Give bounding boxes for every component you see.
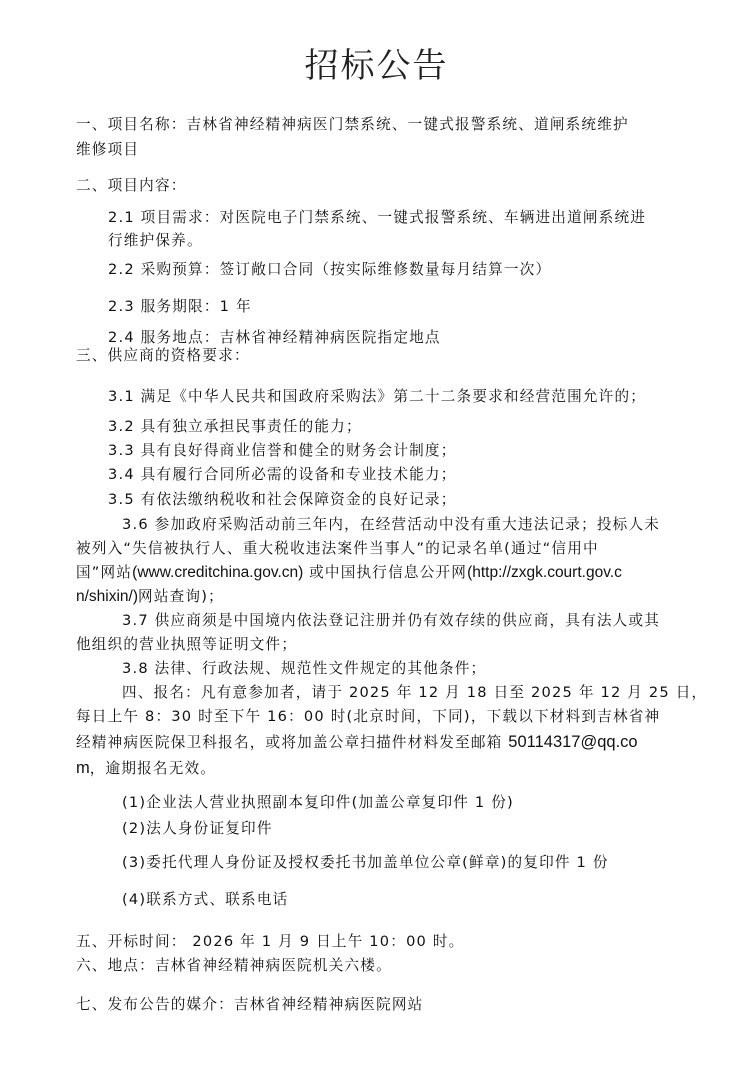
item-3-6-line-2: 被列入“失信被执行人、重大税收违法案件当事人”的记录名单(通过“信用中 — [76, 540, 599, 558]
material-item-3: (3)委托代理人身份证及授权委托书加盖单位公章(鲜章)的复印件 1 份 — [122, 854, 609, 872]
item-3-6-line-3: 国”网站(www.creditchina.gov.cn) 或中国执行信息公开网(… — [76, 564, 622, 582]
item-3-7-line-1: 3.7 供应商须是中国境内依法登记注册并仍有效存续的供应商，具有法人或其 — [122, 612, 660, 630]
item-3-6-text: 国”网站 — [76, 564, 132, 581]
email-address[interactable]: 50114317@qq.co — [508, 733, 637, 751]
item-3-2: 3.2 具有独立承担民事责任的能力； — [108, 418, 362, 436]
email-address-cont[interactable]: m — [76, 759, 90, 777]
page-title: 招标公告 — [0, 38, 753, 87]
zxgk-court-link-cont[interactable]: n/shixin/) — [76, 588, 138, 605]
item-3-6-text-3: 网站查询)； — [138, 588, 224, 605]
item-3-7-line-2: 他组织的营业执照等证明文件； — [76, 636, 297, 654]
registration-line-1: 四、报名：凡有意参加者，请于 2025 年 12 月 18 日至 2025 年 … — [122, 684, 707, 702]
item-3-4: 3.4 具有履行合同所必需的设备和专业技术能力； — [108, 466, 457, 484]
section-5-bid-opening-time: 五、开标时间： 2026 年 1 月 9 日上午 10：00 时。 — [76, 933, 464, 951]
material-item-4: (4)联系方式、联系电话 — [122, 891, 288, 909]
section-2-heading: 二、项目内容： — [76, 177, 187, 195]
item-3-6-line-4: n/shixin/)网站查询)； — [76, 588, 224, 606]
item-2-3: 2.3 服务期限：1 年 — [108, 298, 252, 316]
item-3-3: 3.3 具有良好得商业信誉和健全的财务会计制度； — [108, 442, 457, 460]
registration-text: 经精神病医院保卫科报名，或将加盖公章扫描件材料发至邮箱 — [76, 734, 508, 751]
item-3-1: 3.1 满足《中华人民共和国政府采购法》第二十二条要求和经营范围允许的； — [108, 388, 646, 406]
item-3-5: 3.5 有依法缴纳税收和社会保障资金的良好记录； — [108, 491, 457, 509]
registration-line-3: 经精神病医院保卫科报名，或将加盖公章扫描件材料发至邮箱 50114317@qq.… — [76, 733, 638, 752]
project-name-line-1: 一、项目名称：吉林省神经精神病医门禁系统、一键式报警系统、道闸系统维护 — [76, 116, 629, 134]
creditchina-link[interactable]: (www.creditchina.gov.cn) — [132, 564, 303, 581]
item-3-6-line-1: 3.6 参加政府采购活动前三年内，在经营活动中没有重大违法记录；投标人未 — [122, 516, 660, 534]
item-2-1-line-1: 2.1 项目需求：对医院电子门禁系统、一键式报警系统、车辆进出道闸系统进 — [108, 209, 646, 227]
item-2-1-line-2: 行维护保养。 — [108, 232, 203, 250]
item-2-2: 2.2 采购预算：签订敞口合同（按实际维修数量每月结算一次） — [108, 261, 551, 279]
registration-line-2: 每日上午 8：30 时至下午 16：00 时(北京时间，下同)，下载以下材料到吉… — [76, 708, 660, 726]
material-item-1: (1)企业法人营业执照副本复印件(加盖公章复印件 1 份) — [122, 794, 514, 812]
registration-line-4: m，逾期报名无效。 — [76, 759, 216, 778]
project-name-line-2: 维修项目 — [76, 141, 139, 159]
registration-text-end: ，逾期报名无效。 — [90, 760, 216, 777]
item-3-8: 3.8 法律、行政法规、规范性文件规定的其他条件； — [122, 660, 486, 678]
item-2-4: 2.4 服务地点：吉林省神经精神病医院指定地点 — [108, 329, 441, 347]
item-3-6-text-2: 或中国执行信息公开网 — [303, 564, 467, 581]
zxgk-court-link[interactable]: (http://zxgk.court.gov.c — [467, 564, 622, 581]
section-3-heading: 三、供应商的资格要求： — [76, 347, 250, 365]
section-7-publication-media: 七、发布公告的媒介：吉林省神经精神病医院网站 — [76, 996, 423, 1014]
material-item-2: (2)法人身份证复印件 — [122, 820, 273, 838]
section-6-location: 六、地点：吉林省神经精神病医院机关六楼。 — [76, 957, 392, 975]
